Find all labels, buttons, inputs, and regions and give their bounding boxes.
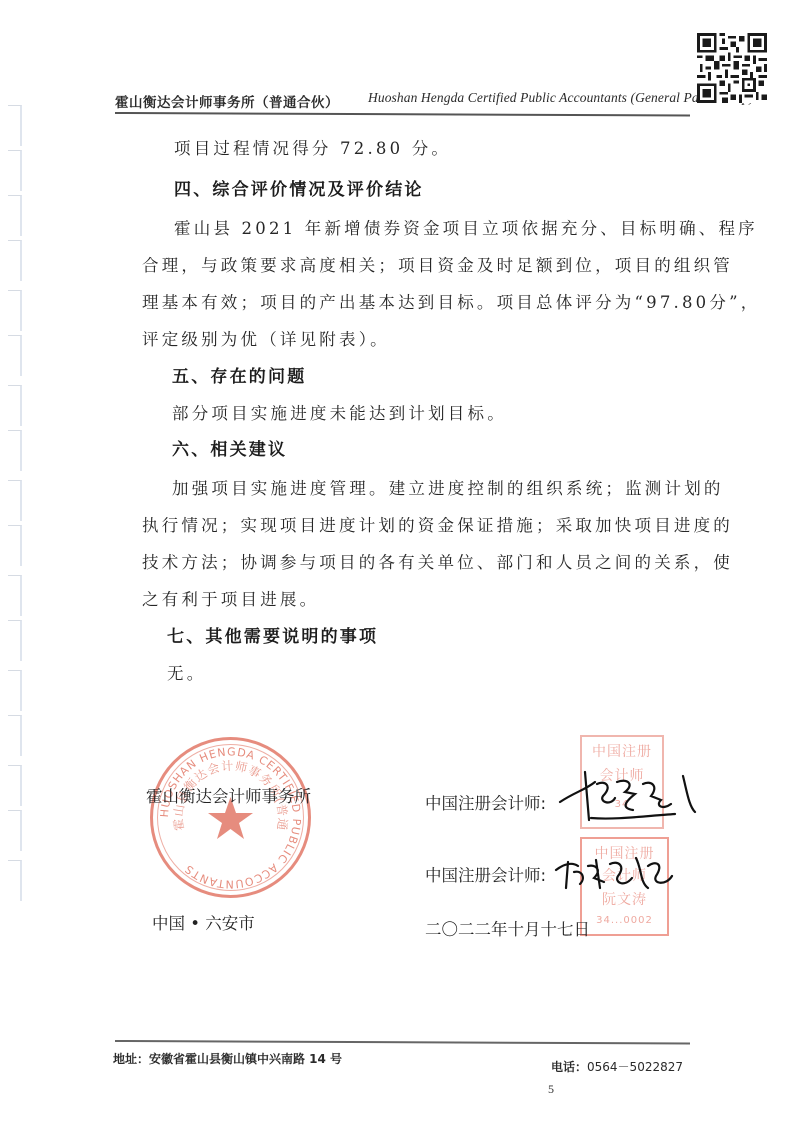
cpa-signature-1 xyxy=(555,762,705,837)
header-firm-name-cn: 霍山衡达会计师事务所（普通合伙） xyxy=(115,91,339,111)
header-firm-name-en: Huoshan Hengda Certified Public Accounta… xyxy=(368,90,754,106)
footer-divider xyxy=(115,1040,690,1045)
footer-phone: 电话：0564－5022827 xyxy=(551,1058,683,1075)
cpa-signature-2 xyxy=(552,848,682,898)
signature-date: 二〇二二年十月十七日 xyxy=(425,916,590,940)
section-7-heading: 七、其他需要说明的事项 xyxy=(167,622,378,647)
footer-phone-label: 电话： xyxy=(551,1060,587,1074)
section-4-heading: 四、综合评价情况及评价结论 xyxy=(174,175,424,200)
section-6-line: 加强项目实施进度管理。建立进度控制的组织系统；监测计划的 xyxy=(172,475,724,499)
section-4-line: 合理，与政策要求高度相关；项目资金及时足额到位，项目的组织管 xyxy=(142,252,733,276)
header-divider xyxy=(115,112,690,117)
location-label: 中国 • 六安市 xyxy=(152,910,255,934)
section-7-line: 无。 xyxy=(167,660,206,684)
binding-edge-marks xyxy=(8,105,24,1005)
section-5-line: 部分项目实施进度未能达到计划目标。 xyxy=(172,400,507,424)
page-number: 5 xyxy=(548,1082,554,1097)
cpa-label-2: 中国注册会计师: xyxy=(425,862,546,886)
process-score-line: 项目过程情况得分 72.80 分。 xyxy=(174,135,451,159)
section-6-line: 执行情况；实现项目进度计划的资金保证措施；采取加快项目进度的 xyxy=(142,512,733,536)
section-6-line: 技术方法；协调参与项目的各有关单位、部门和人员之间的关系，使 xyxy=(142,549,733,573)
cpa-label-1: 中国注册会计师: xyxy=(425,790,546,814)
firm-name-signature: 霍山衡达会计师事务所 xyxy=(146,783,311,807)
qr-code-icon xyxy=(697,33,767,103)
section-4-line: 理基本有效；项目的产出基本达到目标。项目总体评分为“97.80分”， xyxy=(142,289,760,313)
section-4-line: 评定级别为优（详见附表）。 xyxy=(142,326,390,350)
section-6-heading: 六、相关建议 xyxy=(172,435,287,460)
firm-seal-stamp: HUOSHAN HENGDA CERTIFIED PUBLIC ACCOUNTA… xyxy=(148,735,313,900)
footer-phone-number: 0564－5022827 xyxy=(587,1060,683,1074)
section-4-line: 霍山县 2021 年新增债券资金项目立项依据充分、目标明确、程序 xyxy=(174,215,758,239)
section-6-line: 之有利于项目进展。 xyxy=(142,586,319,610)
footer-address: 地址：安徽省霍山县衡山镇中兴南路 14 号 xyxy=(113,1050,342,1067)
section-5-heading: 五、存在的问题 xyxy=(172,362,306,387)
